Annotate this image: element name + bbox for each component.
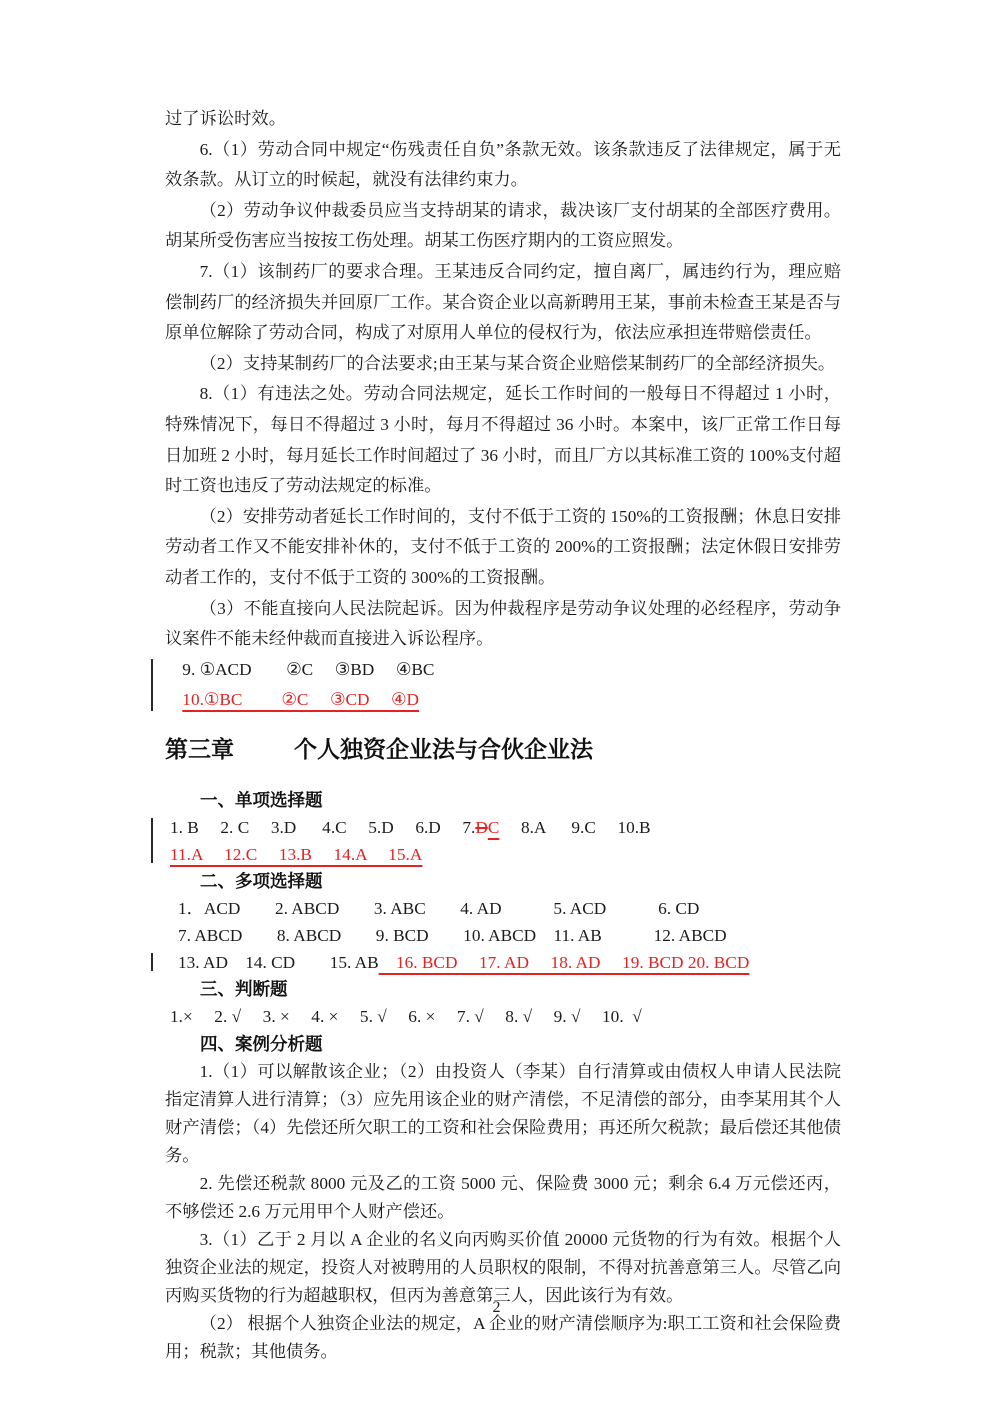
answers-black: 1. B 2. C 3.D 4.C 5.D 6.D 7. bbox=[170, 818, 475, 837]
answer-paragraph: （2）劳动争议仲裁委员应当支持胡某的请求，裁决该厂支付胡某的全部医疗费用。胡某所… bbox=[165, 196, 841, 257]
case-paragraph: 1.（1）可以解散该企业；（2）由投资人（李某）自行清算或由债权人申请人民法院指… bbox=[165, 1058, 841, 1170]
page-number: 2 bbox=[0, 1297, 993, 1319]
case-paragraph: 2. 先偿还税款 8000 元及乙的工资 5000 元、保险费 3000 元；剩… bbox=[165, 1170, 841, 1226]
chapter-number: 第三章 bbox=[165, 736, 234, 762]
answer-paragraph: （3）不能直接向人民法院起诉。因为仲裁程序是劳动争议处理的必经程序，劳动争议案件… bbox=[165, 594, 841, 655]
multi-choice-row-3-block: 13. AD 14. CD 15. AB 16. BCD 17. AD 18. … bbox=[165, 949, 841, 976]
section-heading-judgment: 三、判断题 bbox=[165, 976, 841, 1003]
answer-paragraph: 8.（1）有违法之处。劳动合同法规定，延长工作时间的一般每日不得超过 1 小时，… bbox=[165, 379, 841, 501]
section-heading-case-analysis: 四、案例分析题 bbox=[165, 1030, 841, 1058]
question-9-10-block: 9. ①ACD ②C ③BD ④BC 10.①BC ②C ③CD ④D bbox=[165, 655, 841, 716]
revision-bar bbox=[151, 953, 153, 971]
answers-revised: 16. BCD 17. AD 18. AD 19. BCD 20. BCD bbox=[379, 953, 750, 972]
multi-choice-row-3: 13. AD 14. CD 15. AB 16. BCD 17. AD 18. … bbox=[165, 949, 841, 976]
answer-corrected: C bbox=[488, 818, 500, 837]
section-heading-single-choice: 一、单项选择题 bbox=[165, 787, 841, 814]
answers-black: 8.A 9.C 10.B bbox=[499, 818, 650, 837]
single-choice-row-2-revised: 11.A 12.C 13.B 14.A 15.A bbox=[165, 841, 841, 868]
answer-paragraph: （2）安排劳动者延长工作时间的，支付不低于工资的 150%的工资报酬；休息日安排… bbox=[165, 502, 841, 594]
multi-choice-row-2: 7. ABCD 8. ABCD 9. BCD 10. ABCD 11. AB 1… bbox=[165, 922, 841, 949]
answers-black: 13. AD 14. CD 15. AB bbox=[178, 953, 379, 972]
document-page: 过了诉讼时效。 6.（1）劳动合同中规定“伤残责任自负”条款无效。该条款违反了法… bbox=[0, 0, 993, 1404]
single-choice-rows: 1. B 2. C 3.D 4.C 5.D 6.D 7.DC 8.A 9.C 1… bbox=[165, 814, 841, 868]
chapter-heading: 第三章个人独资企业法与合伙企业法 bbox=[165, 732, 841, 766]
answer-paragraph: 过了诉讼时效。 bbox=[165, 104, 841, 135]
judgment-row: 1.× 2. √ 3. × 4. × 5. √ 6. × 7. √ 8. √ 9… bbox=[165, 1003, 841, 1030]
revision-bar bbox=[151, 818, 153, 863]
answer-paragraph: 6.（1）劳动合同中规定“伤残责任自负”条款无效。该条款违反了法律规定，属于无效… bbox=[165, 135, 841, 196]
section-heading-multi-choice: 二、多项选择题 bbox=[165, 868, 841, 895]
answer-struck-out: D bbox=[475, 818, 487, 837]
question-10-answers-revised: 10.①BC ②C ③CD ④D bbox=[165, 685, 841, 716]
answer-paragraph: （2）支持某制药厂的合法要求;由王某与某合资企业赔偿某制药厂的全部经济损失。 bbox=[165, 349, 841, 380]
question-9-answers: 9. ①ACD ②C ③BD ④BC bbox=[165, 655, 841, 686]
single-choice-row-1: 1. B 2. C 3.D 4.C 5.D 6.D 7.DC 8.A 9.C 1… bbox=[165, 814, 841, 841]
chapter-title: 个人独资企业法与合伙企业法 bbox=[294, 736, 593, 762]
multi-choice-row-1: 1．ACD 2. ABCD 3. ABC 4. AD 5. ACD 6. CD bbox=[165, 895, 841, 922]
page-content: 过了诉讼时效。 6.（1）劳动合同中规定“伤残责任自负”条款无效。该条款违反了法… bbox=[165, 104, 841, 1366]
revision-bar bbox=[151, 659, 153, 711]
answer-paragraph: 7.（1）该制药厂的要求合理。王某违反合同约定，擅自离厂，属违约行为，理应赔偿制… bbox=[165, 257, 841, 349]
